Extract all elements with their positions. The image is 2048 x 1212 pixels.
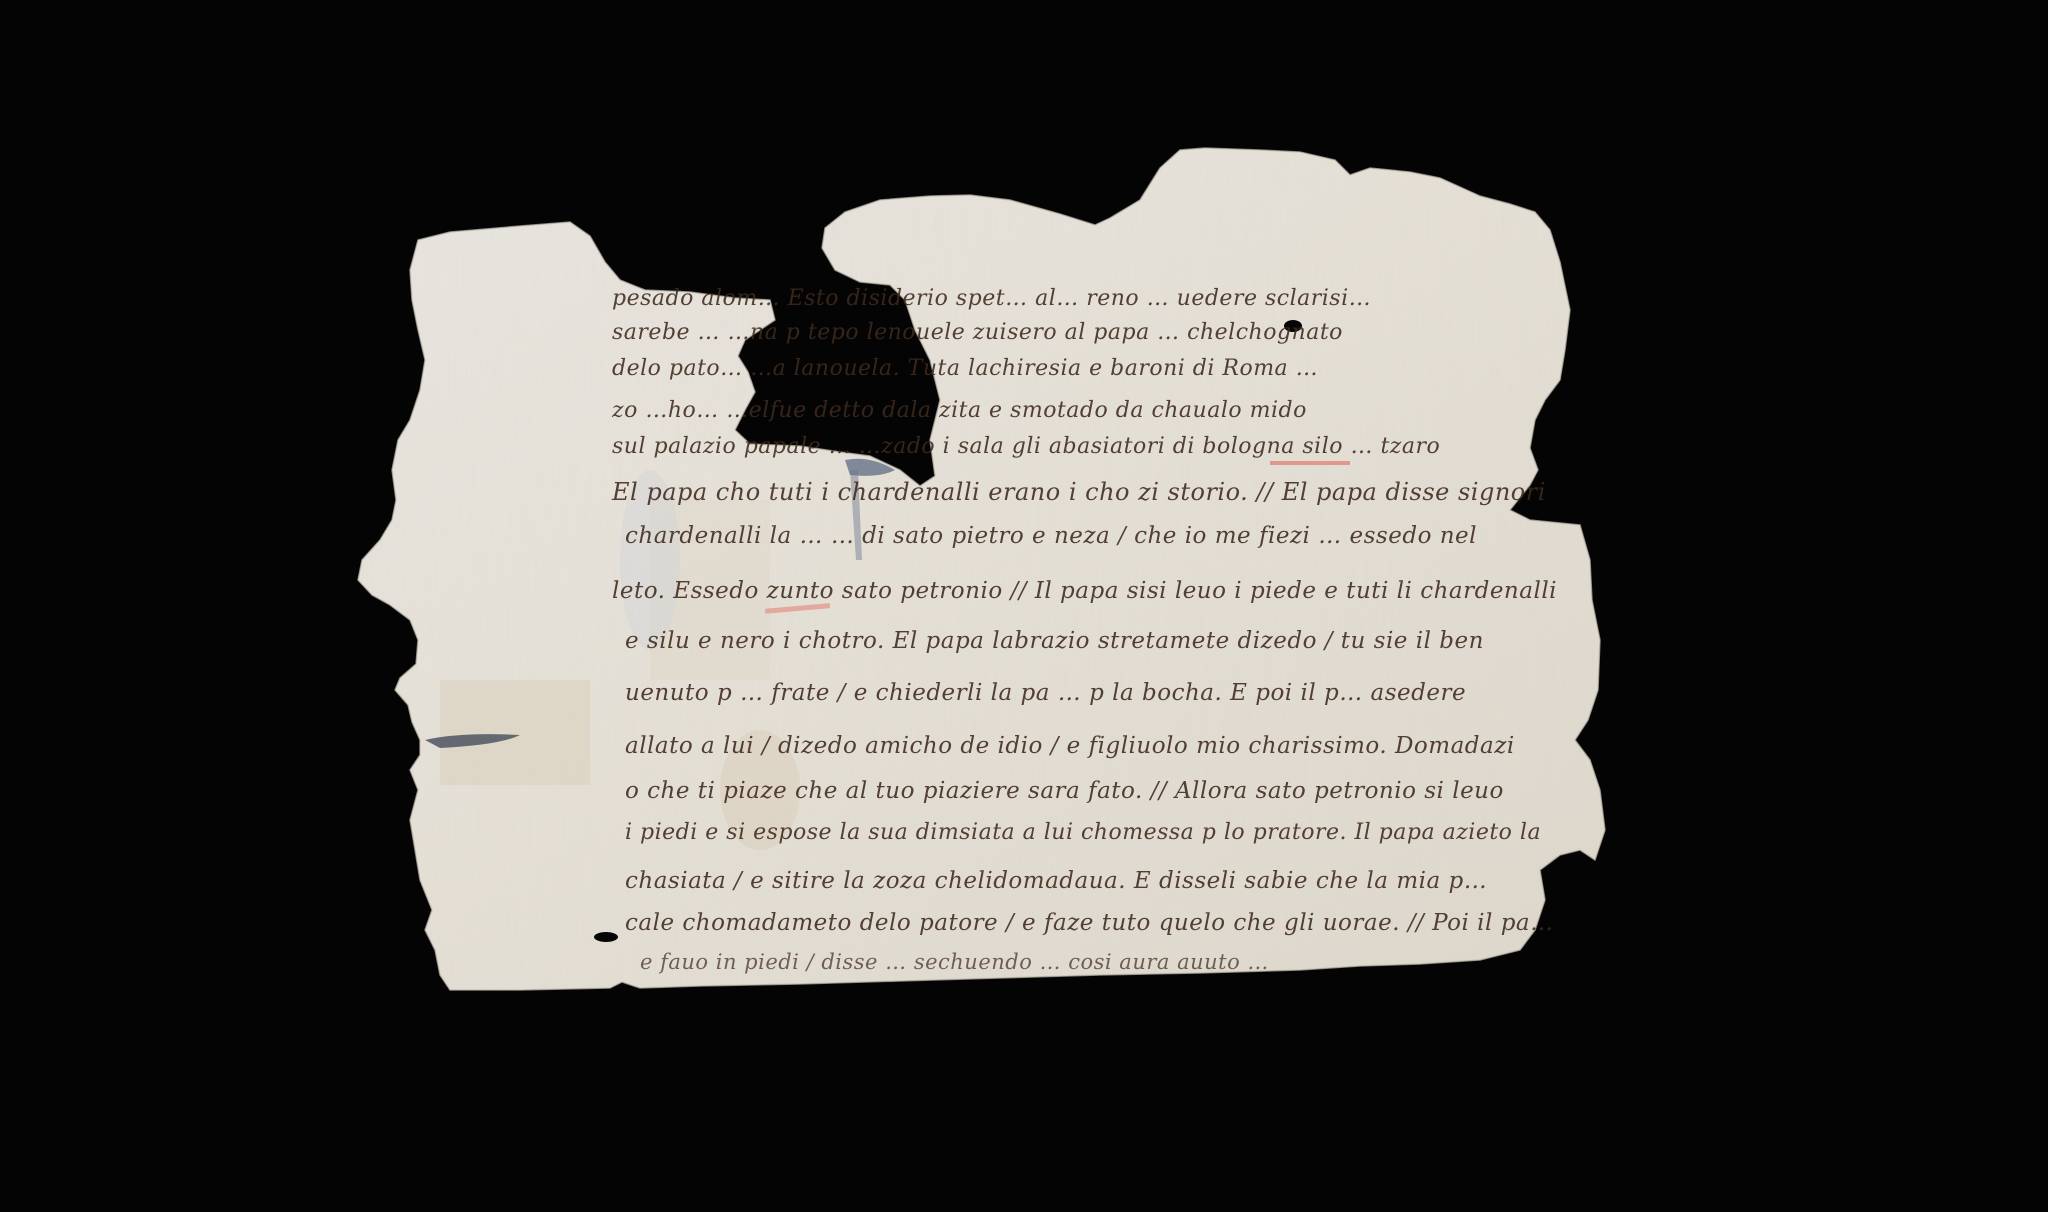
text-line: o che ti piaze che al tuo piaziere sara … xyxy=(625,780,1504,803)
photograph: pesado alom… Esto disiderio spet… al… re… xyxy=(0,0,2048,1212)
text-line: zo …ho… …elfue detto dala zita e smotado… xyxy=(612,400,1307,422)
text-line: uenuto p … frate / e chiederli la pa … p… xyxy=(625,682,1466,705)
text-line: chardenalli la … … di sato pietro e neza… xyxy=(625,525,1477,548)
text-line: e silu e nero i chotro. El papa labrazio… xyxy=(625,630,1484,653)
manuscript-text: pesado alom… Esto disiderio spet… al… re… xyxy=(0,0,2048,1212)
text-line: allato a lui / dizedo amicho de idio / e… xyxy=(625,735,1515,758)
text-line: sarebe … …na p tepo lenouele zuisero al … xyxy=(612,322,1343,344)
text-line: pesado alom… Esto disiderio spet… al… re… xyxy=(612,288,1371,310)
text-line: leto. Essedo zunto sato petronio // Il p… xyxy=(612,580,1557,603)
text-line: delo pato… …a lanouela. Tuta lachiresia … xyxy=(612,358,1318,380)
text-line: sul palazio papale … …zado i sala gli ab… xyxy=(612,436,1440,458)
text-line: i piedi e si espose la sua dimsiata a lu… xyxy=(625,822,1541,844)
text-line: chasiata / e sitire la zoza chelidomadau… xyxy=(625,870,1487,893)
text-line: cale chomadameto delo patore / e faze tu… xyxy=(625,912,1554,935)
text-line: El papa cho tuti i chardenalli erano i c… xyxy=(612,480,1546,504)
text-line: e fauo in piedi / disse … sechuendo … co… xyxy=(640,952,1269,973)
